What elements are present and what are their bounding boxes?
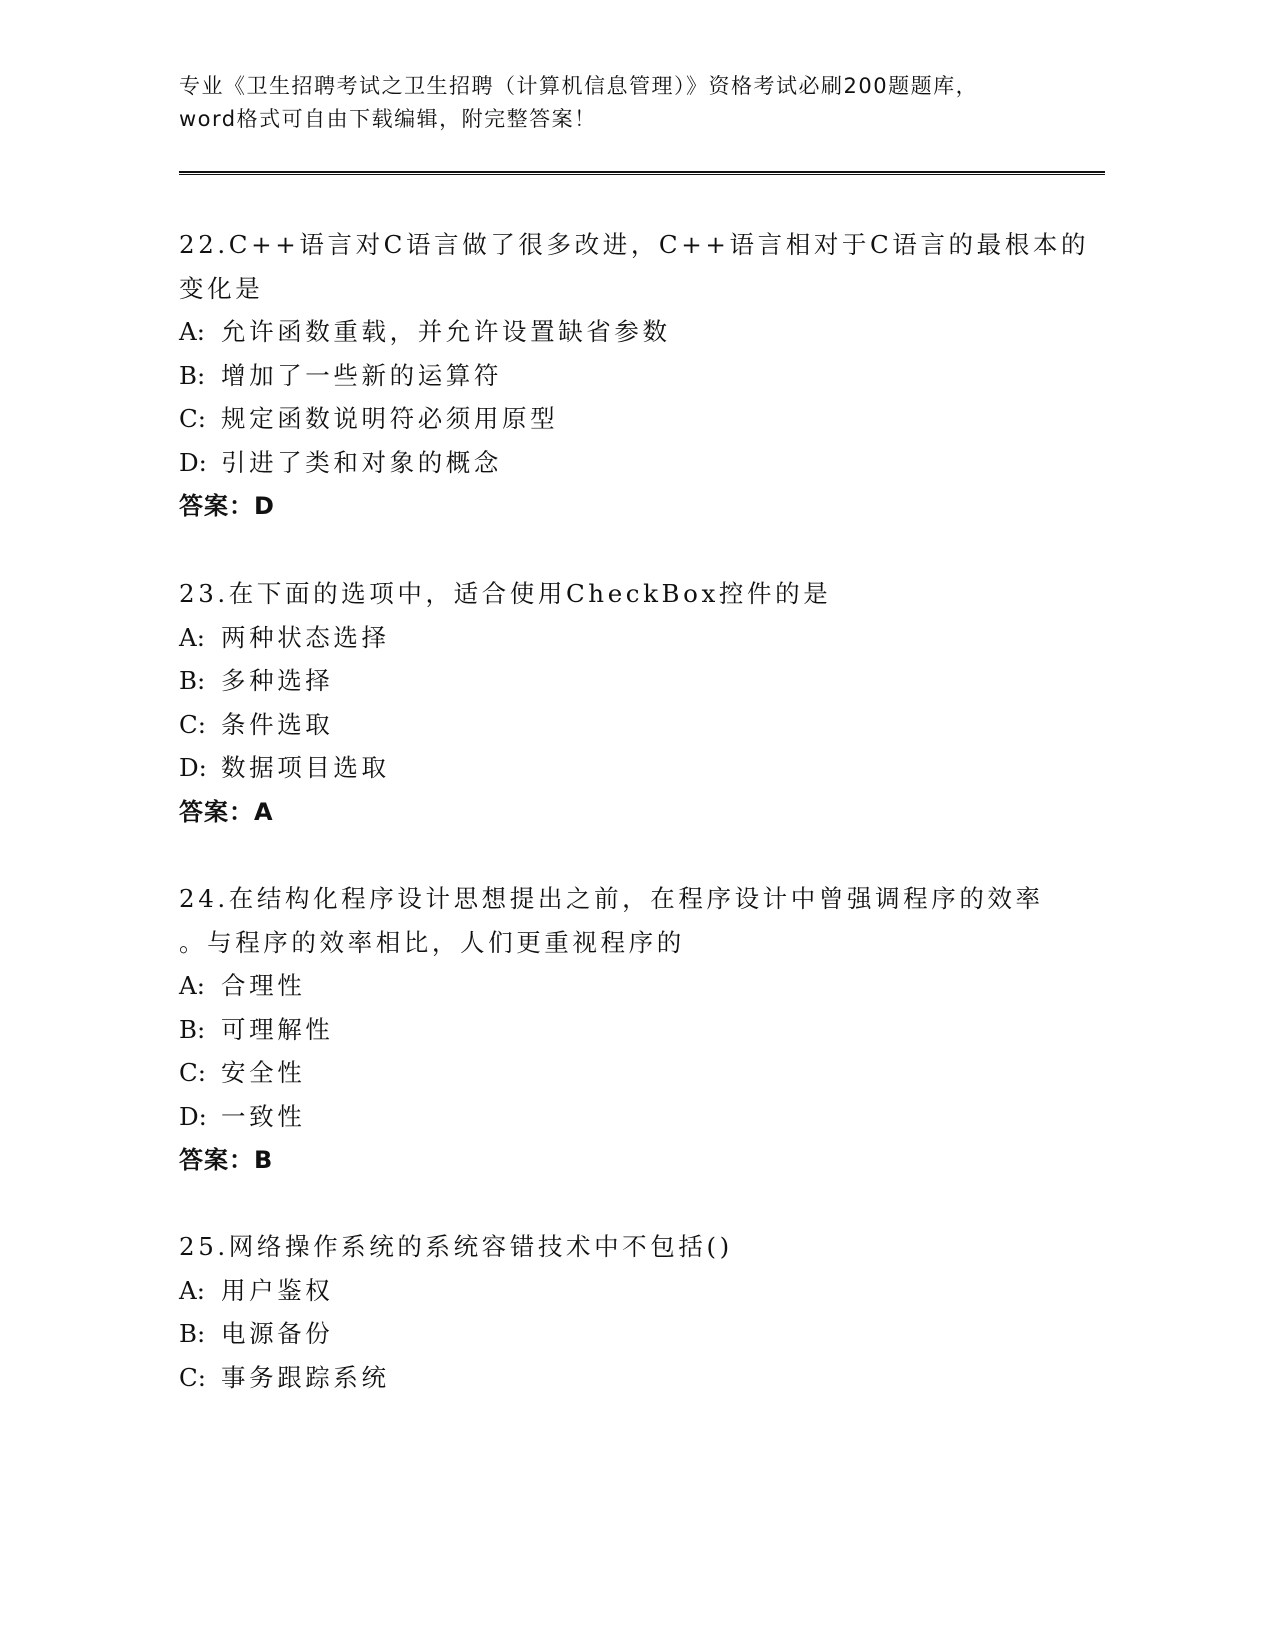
option-text: 两种状态选择 bbox=[221, 623, 390, 652]
question-number: 25. bbox=[179, 1232, 229, 1261]
option-b: B:增加了一些新的运算符 bbox=[179, 354, 1039, 398]
question-text-line-1: 在结构化程序设计思想提出之前，在程序设计中曾强调程序的效率 bbox=[229, 884, 1044, 913]
question-number: 22. bbox=[179, 230, 229, 259]
option-c: C:事务跟踪系统 bbox=[179, 1356, 1039, 1400]
option-text: 可理解性 bbox=[221, 1015, 333, 1044]
option-b: B:多种选择 bbox=[179, 659, 1039, 703]
option-text: 合理性 bbox=[221, 971, 305, 1000]
option-letter: A: bbox=[179, 964, 221, 1008]
header-line-2: word格式可自由下载编辑，附完整答案！ bbox=[179, 103, 1105, 136]
option-letter: B: bbox=[179, 659, 221, 703]
question-text-line-2: 。与程序的效率相比，人们更重视程序的 bbox=[179, 921, 1039, 965]
question-text-line-1: 在下面的选项中，适合使用CheckBox控件的是 bbox=[229, 579, 832, 608]
question-24: 24.在结构化程序设计思想提出之前，在程序设计中曾强调程序的效率 。与程序的效率… bbox=[179, 877, 1039, 1182]
option-d: D:引进了类和对象的概念 bbox=[179, 441, 1039, 485]
option-text: 一致性 bbox=[221, 1102, 305, 1131]
question-stem: 24.在结构化程序设计思想提出之前，在程序设计中曾强调程序的效率 bbox=[179, 877, 1039, 921]
option-letter: C: bbox=[179, 1356, 221, 1400]
option-a: A:用户鉴权 bbox=[179, 1269, 1039, 1313]
option-text: 允许函数重载，并允许设置缺省参数 bbox=[221, 317, 671, 346]
option-d: D:数据项目选取 bbox=[179, 746, 1039, 790]
option-letter: C: bbox=[179, 397, 221, 441]
answer-label: 答案：B bbox=[179, 1138, 1039, 1182]
answer-label: 答案：D bbox=[179, 484, 1039, 528]
option-c: C:安全性 bbox=[179, 1051, 1039, 1095]
option-letter: A: bbox=[179, 1269, 221, 1313]
question-text-line-1: C++语言对C语言做了很多改进，C++语言相对于C语言的最根本的 bbox=[229, 230, 1089, 259]
question-23: 23.在下面的选项中，适合使用CheckBox控件的是 A:两种状态选择 B:多… bbox=[179, 572, 1039, 834]
option-letter: B: bbox=[179, 354, 221, 398]
option-a: A:合理性 bbox=[179, 964, 1039, 1008]
option-b: B:可理解性 bbox=[179, 1008, 1039, 1052]
option-letter: A: bbox=[179, 310, 221, 354]
option-b: B:电源备份 bbox=[179, 1312, 1039, 1356]
option-text: 规定函数说明符必须用原型 bbox=[221, 404, 558, 433]
question-number: 23. bbox=[179, 579, 229, 608]
answer-label: 答案：A bbox=[179, 790, 1039, 834]
option-letter: D: bbox=[179, 441, 221, 485]
question-stem: 22.C++语言对C语言做了很多改进，C++语言相对于C语言的最根本的 bbox=[179, 223, 1039, 267]
document-header: 专业《卫生招聘考试之卫生招聘（计算机信息管理）》资格考试必刷200题题库， wo… bbox=[179, 70, 1105, 136]
option-letter: C: bbox=[179, 703, 221, 747]
option-text: 事务跟踪系统 bbox=[221, 1363, 390, 1392]
option-text: 数据项目选取 bbox=[221, 753, 390, 782]
option-d: D:一致性 bbox=[179, 1095, 1039, 1139]
question-text-line-2: 变化是 bbox=[179, 267, 1039, 311]
option-letter: D: bbox=[179, 746, 221, 790]
option-letter: A: bbox=[179, 616, 221, 660]
question-stem: 25.网络操作系统的系统容错技术中不包括() bbox=[179, 1225, 1039, 1269]
option-a: A:允许函数重载，并允许设置缺省参数 bbox=[179, 310, 1039, 354]
option-text: 条件选取 bbox=[221, 710, 333, 739]
question-25: 25.网络操作系统的系统容错技术中不包括() A:用户鉴权 B:电源备份 C:事… bbox=[179, 1225, 1039, 1399]
option-letter: C: bbox=[179, 1051, 221, 1095]
option-a: A:两种状态选择 bbox=[179, 616, 1039, 660]
option-c: C:条件选取 bbox=[179, 703, 1039, 747]
option-text: 多种选择 bbox=[221, 666, 333, 695]
option-text: 电源备份 bbox=[221, 1319, 333, 1348]
option-letter: B: bbox=[179, 1312, 221, 1356]
option-letter: B: bbox=[179, 1008, 221, 1052]
option-text: 引进了类和对象的概念 bbox=[221, 448, 502, 477]
question-22: 22.C++语言对C语言做了很多改进，C++语言相对于C语言的最根本的 变化是 … bbox=[179, 223, 1039, 528]
question-stem: 23.在下面的选项中，适合使用CheckBox控件的是 bbox=[179, 572, 1039, 616]
header-divider bbox=[179, 171, 1105, 175]
option-text: 安全性 bbox=[221, 1058, 305, 1087]
option-letter: D: bbox=[179, 1095, 221, 1139]
question-text-line-1: 网络操作系统的系统容错技术中不包括() bbox=[229, 1232, 733, 1261]
option-c: C:规定函数说明符必须用原型 bbox=[179, 397, 1039, 441]
option-text: 用户鉴权 bbox=[221, 1276, 333, 1305]
header-line-1: 专业《卫生招聘考试之卫生招聘（计算机信息管理）》资格考试必刷200题题库， bbox=[179, 70, 1105, 103]
option-text: 增加了一些新的运算符 bbox=[221, 361, 502, 390]
question-number: 24. bbox=[179, 884, 229, 913]
